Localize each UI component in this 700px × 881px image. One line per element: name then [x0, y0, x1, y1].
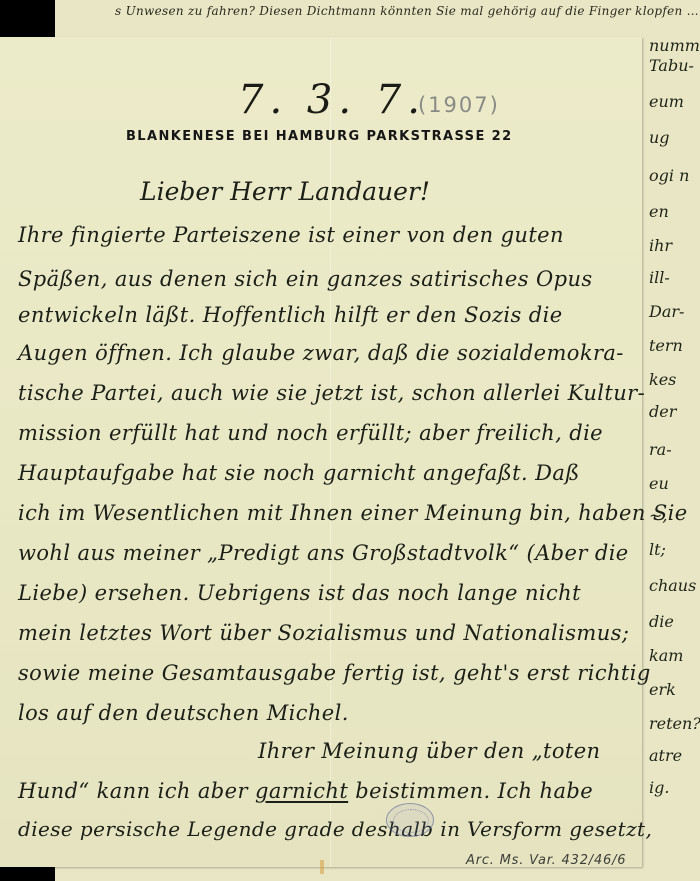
archive-year-annotation: (1907) — [418, 93, 500, 117]
body-line: los auf den deutschen Michel. — [18, 701, 628, 725]
body-line: Späßen, aus denen sich ein ganzes satiri… — [18, 267, 628, 291]
text-run: Hund“ kann ich aber — [18, 779, 255, 803]
body-line: mein letztes Wort über Sozialismus und N… — [18, 621, 628, 645]
back-fragment: chaus — [649, 576, 696, 595]
back-fragment: reten? — [649, 714, 700, 733]
back-fragment: eu — [649, 474, 669, 493]
back-fragment: ug — [649, 128, 670, 147]
body-line: mission erfüllt hat und noch erfüllt; ab… — [18, 421, 628, 445]
body-line: Augen öffnen. Ich glaube zwar, daß die s… — [18, 341, 628, 365]
body-line: Hund“ kann ich aber garnicht beistimmen.… — [18, 779, 628, 803]
body-line: entwickeln läßt. Hoffentlich hilft er de… — [18, 303, 628, 327]
back-fragment: en — [649, 202, 669, 221]
body-line: wohl aus meiner „Predigt ans Großstadtvo… — [18, 541, 628, 565]
ink-mark — [320, 860, 324, 874]
back-fragment: ogi n — [649, 166, 689, 185]
letterhead-address: BLANKENESE BEI HAMBURG PARKSTRASSE 22 — [126, 129, 513, 144]
text-run: beistimmen. Ich habe — [348, 779, 593, 803]
back-fragment: eum — [649, 92, 684, 111]
stamp-inner-ring — [393, 809, 429, 833]
underlined-word: garnicht — [255, 779, 348, 803]
back-fragment: ig. — [649, 778, 669, 797]
back-fragment: kes — [649, 370, 676, 389]
back-fragment: Tabu- — [649, 56, 694, 75]
back-page-top-line: s Unwesen zu fahren? Diesen Dichtmann kö… — [115, 4, 700, 18]
back-fragment: ill- — [649, 268, 670, 287]
body-line: Ihrer Meinung über den „toten — [258, 739, 700, 763]
back-fragment: Dar- — [649, 302, 684, 321]
back-fragment: tern — [649, 336, 683, 355]
body-line: sowie meine Gesamtausgabe fertig ist, ge… — [18, 661, 628, 685]
letter-page: 7. 3. 7. (1907) BLANKENESE BEI HAMBURG P… — [0, 37, 642, 867]
body-line: Liebe) ersehen. Uebrigens ist das noch l… — [18, 581, 628, 605]
body-line: Hauptaufgabe hat sie noch garnicht angef… — [18, 461, 628, 485]
back-fragment: kam — [649, 646, 683, 665]
body-line: Ihre fingierte Parteiszene ist einer von… — [18, 223, 628, 247]
body-line: diese persische Legende grade deshalb in… — [18, 817, 628, 841]
back-fragment: erk — [649, 680, 676, 699]
back-fragment: ra- — [649, 440, 672, 459]
back-fragment: ihr — [649, 236, 672, 255]
archive-shelfmark: Arc. Ms. Var. 432/46/6 — [466, 853, 626, 868]
body-line: tische Partei, auch wie sie jetzt ist, s… — [18, 381, 628, 405]
back-fragment: der — [649, 402, 676, 421]
library-stamp — [386, 803, 434, 837]
back-fragment: numm — [649, 36, 700, 55]
letter-date: 7. 3. 7. — [238, 77, 426, 123]
salutation: Lieber Herr Landauer! — [140, 177, 430, 206]
back-fragment: die — [649, 612, 674, 631]
back-fragment: lt; — [649, 540, 666, 559]
body-line: ich im Wesentlichen mit Ihnen einer Mein… — [18, 501, 628, 525]
